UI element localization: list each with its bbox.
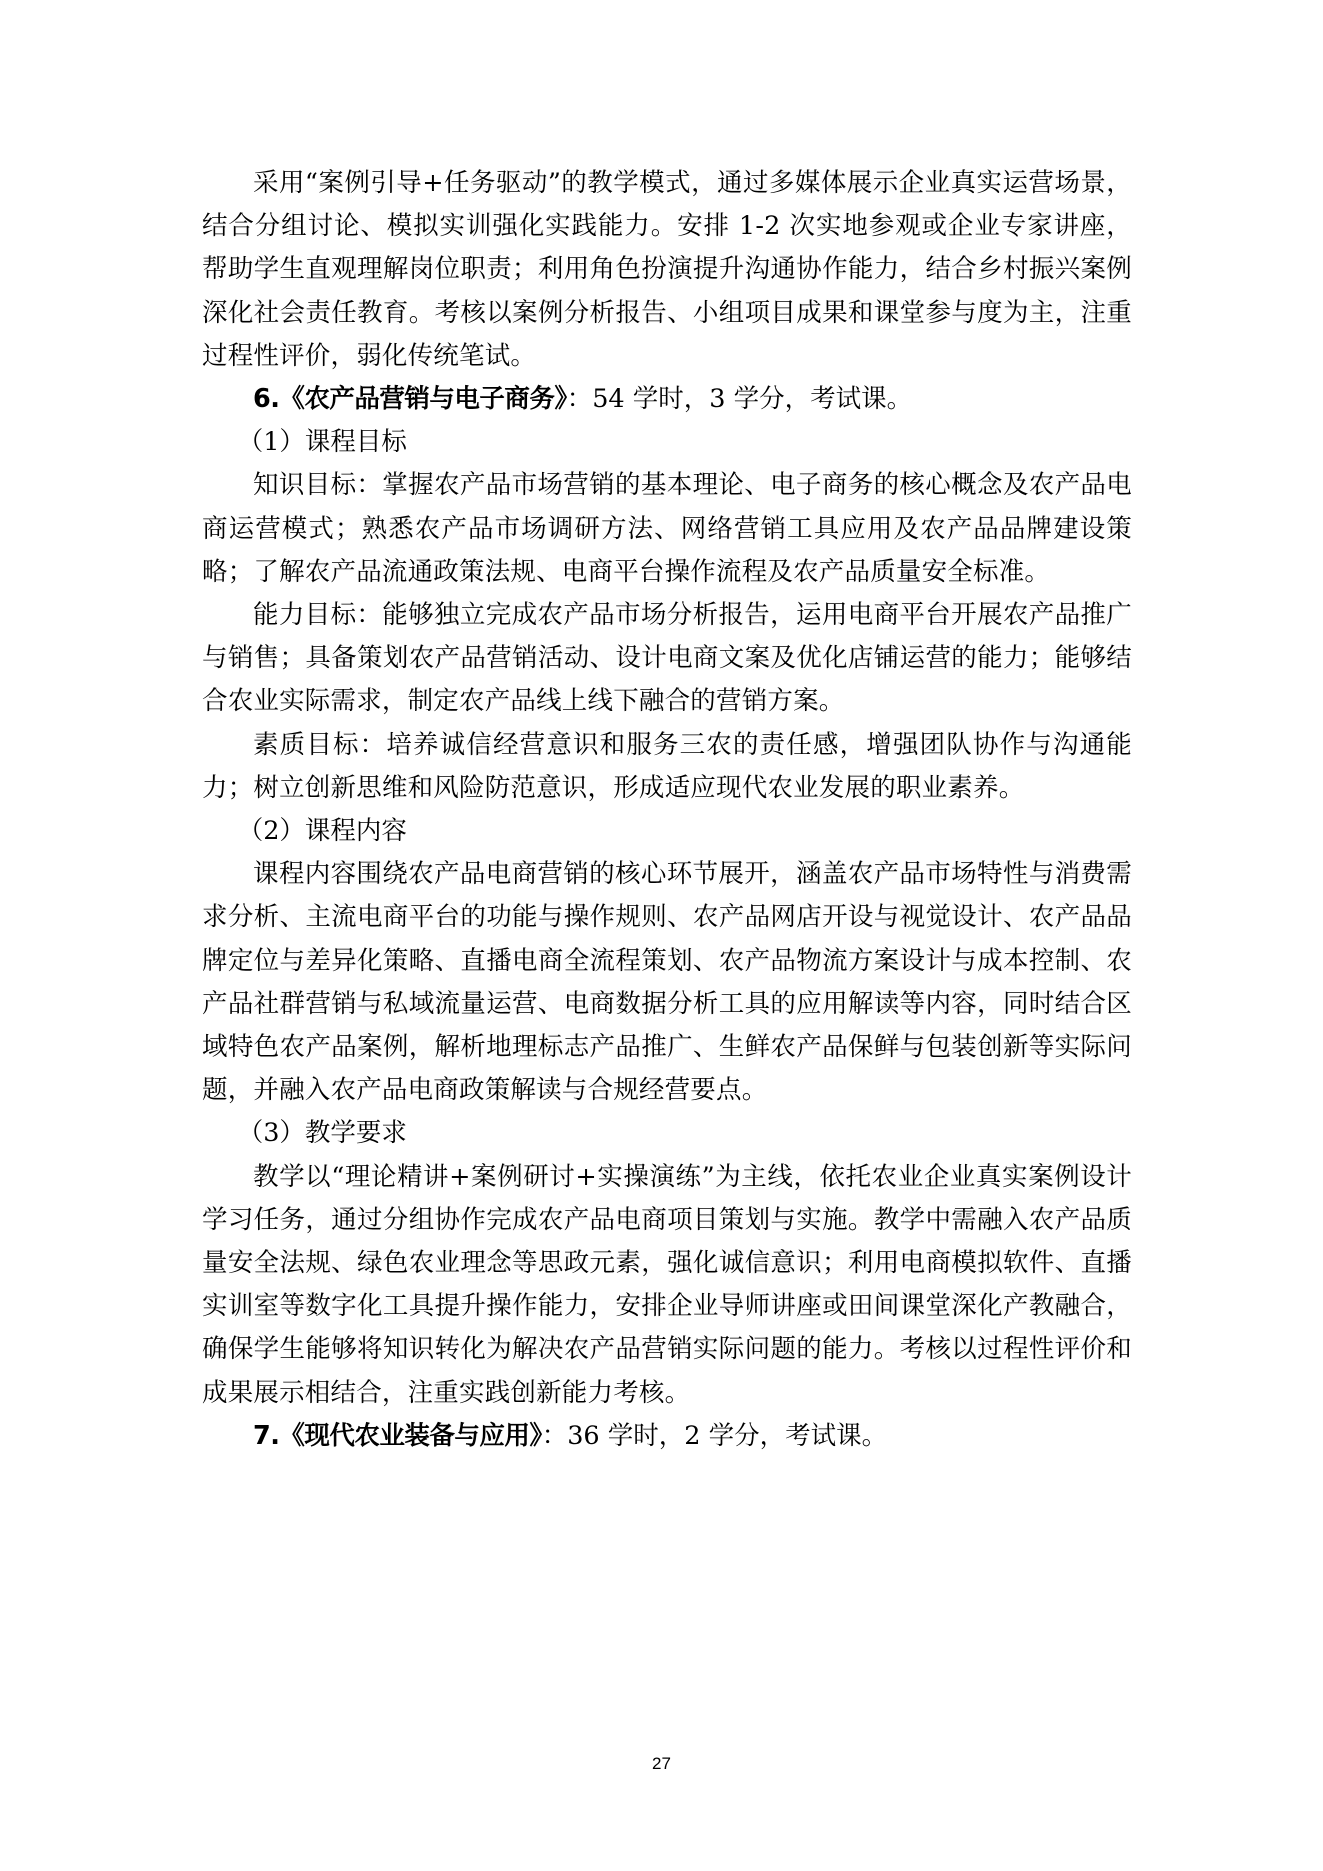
section-1-heading: （1）课程目标	[202, 421, 1132, 464]
teaching-requirements-paragraph: 教学以“理论精讲+案例研讨+实操演练”为主线，依托农业企业真实案例设计学习任务，…	[202, 1156, 1132, 1415]
course-6-heading: 6.《农产品营销与电子商务》：54 学时，3 学分，考试课。	[202, 378, 1132, 421]
course-7-title: 7.《现代农业装备与应用》	[253, 1421, 542, 1451]
intro-paragraph: 采用“案例引导+任务驱动”的教学模式，通过多媒体展示企业真实运营场景，结合分组讨…	[202, 162, 1132, 378]
course-7-heading: 7.《现代农业装备与应用》：36 学时，2 学分，考试课。	[202, 1415, 1132, 1458]
course-6-title: 6.《农产品营销与电子商务》	[253, 384, 567, 414]
quality-objective: 素质目标：培养诚信经营意识和服务三农的责任感，增强团队协作与沟通能力；树立创新思…	[202, 724, 1132, 810]
knowledge-objective: 知识目标：掌握农产品市场营销的基本理论、电子商务的核心概念及农产品电商运营模式；…	[202, 464, 1132, 594]
section-2-heading: （2）课程内容	[202, 810, 1132, 853]
course-6-meta: ：54 学时，3 学分，考试课。	[567, 384, 912, 414]
section-3-heading: （3）教学要求	[202, 1112, 1132, 1155]
page-number: 27	[0, 1754, 1323, 1774]
ability-objective: 能力目标：能够独立完成农产品市场分析报告，运用电商平台开展农产品推广与销售；具备…	[202, 594, 1132, 724]
course-content-paragraph: 课程内容围绕农产品电商营销的核心环节展开，涵盖农产品市场特性与消费需求分析、主流…	[202, 853, 1132, 1112]
course-7-meta: ：36 学时，2 学分，考试课。	[542, 1421, 887, 1451]
document-page: 采用“案例引导+任务驱动”的教学模式，通过多媒体展示企业真实运营场景，结合分组讨…	[202, 162, 1132, 1458]
